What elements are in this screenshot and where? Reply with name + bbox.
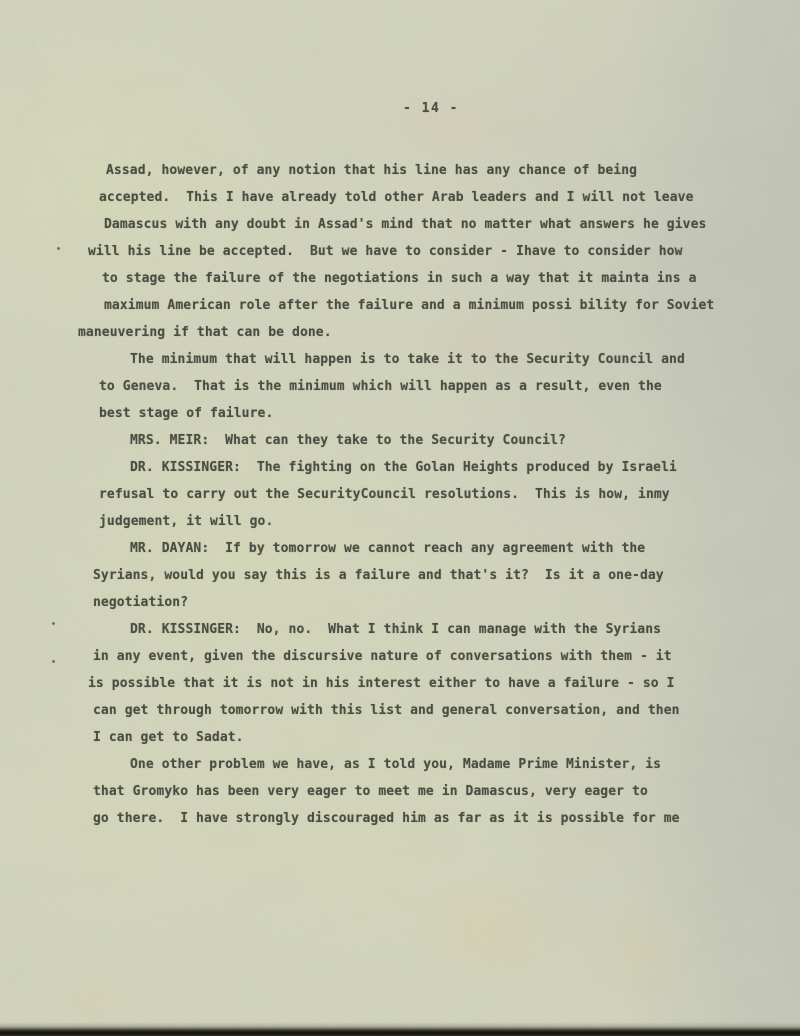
text-line: refusal to carry out the SecurityCouncil… — [99, 487, 670, 502]
text-line: negotiation? — [93, 595, 188, 610]
text-line: Assad, however, of any notion that his l… — [106, 163, 637, 178]
text-line: I can get to Sadat. — [93, 730, 244, 745]
text-line: best stage of failure. — [99, 406, 273, 421]
text-line: that Gromyko has been very eager to meet… — [93, 784, 648, 799]
document-text: Assad, however, of any notion that his l… — [0, 0, 800, 1036]
text-line: judgement, it will go. — [99, 514, 273, 529]
text-line: is possible that it is not in his intere… — [88, 676, 675, 691]
text-line: The minimum that will happen is to take … — [130, 352, 685, 367]
ink-speck — [52, 622, 55, 625]
text-line: One other problem we have, as I told you… — [130, 757, 661, 772]
text-line: MRS. MEIR: What can they take to the Sec… — [130, 433, 566, 448]
document-page: - 14 - Assad, however, of any notion tha… — [0, 0, 800, 1036]
text-line: accepted. This I have already told other… — [99, 190, 694, 205]
scan-edge-shadow — [0, 1022, 800, 1036]
text-line: Damascus with any doubt in Assad's mind … — [104, 217, 706, 232]
text-line: maneuvering if that can be done. — [78, 325, 332, 340]
text-line: to stage the failure of the negotiations… — [102, 271, 697, 286]
text-line: DR. KISSINGER: The fighting on the Golan… — [130, 460, 677, 475]
text-line: will his line be accepted. But we have t… — [88, 244, 683, 259]
text-line: in any event, given the discursive natur… — [93, 649, 672, 664]
text-line: MR. DAYAN: If by tomorrow we cannot reac… — [130, 541, 645, 556]
text-line: DR. KISSINGER: No, no. What I think I ca… — [130, 622, 661, 637]
text-line: can get through tomorrow with this list … — [93, 703, 680, 718]
ink-speck — [57, 247, 60, 250]
ink-speck — [52, 660, 55, 663]
text-line: Syrians, would you say this is a failure… — [93, 568, 664, 583]
text-line: to Geneva. That is the minimum which wil… — [99, 379, 662, 394]
text-line: go there. I have strongly discouraged hi… — [93, 811, 680, 826]
text-line: maximum American role after the failure … — [104, 298, 714, 313]
